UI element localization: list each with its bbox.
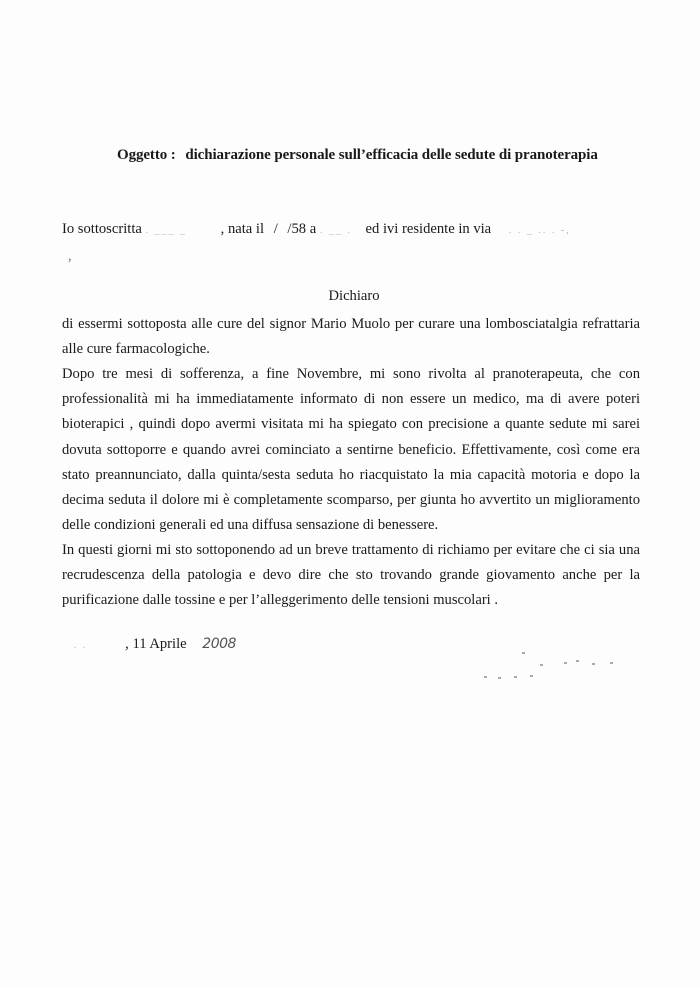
identity-part1: Io sottoscritta [62, 221, 142, 237]
paragraph-3-text: In questi giorni mi sto sottoponendo ad … [62, 538, 640, 614]
redacted-address: . . _ .. . -, [509, 225, 571, 236]
redacted-city: . . [74, 640, 88, 651]
subject-text: dichiarazione personale sull’efficacia d… [185, 147, 597, 163]
paragraph-1-text: di essermi sottoposta alle cure del sign… [62, 312, 640, 362]
paragraph-3: In questi giorni mi sto sottoponendo ad … [62, 538, 640, 614]
identity-part3: ed ivi residente in via [366, 221, 492, 237]
identity-line: Io sottoscritta . ___ _ , nata il / /58 … [62, 221, 571, 238]
date-line: . . , 11 Aprile 2008 [74, 636, 236, 653]
declaration-heading: Dichiaro [0, 288, 700, 305]
paragraph-2: Dopo tre mesi di sofferenza, a fine Nove… [62, 362, 640, 538]
date-separator-1: / [274, 221, 278, 237]
date-separator-2: /58 a [287, 221, 316, 237]
subject-label: Oggetto : [117, 147, 176, 163]
date-text: , 11 Aprile [125, 636, 186, 652]
identity-part2: , nata il [221, 221, 264, 237]
redacted-name: . ___ _ [146, 225, 188, 236]
redacted-signature [480, 650, 620, 690]
redacted-place: . __ . [320, 225, 352, 236]
paragraph-2-text: Dopo tre mesi di sofferenza, a fine Nove… [62, 362, 640, 538]
subject-line: Oggetto : dichiarazione personale sull’e… [117, 147, 598, 164]
handwritten-year: 2008 [202, 636, 236, 652]
identity-continuation: , [68, 248, 72, 265]
scanned-document-page: Oggetto : dichiarazione personale sull’e… [0, 0, 700, 989]
paragraph-1: di essermi sottoposta alle cure del sign… [62, 312, 640, 362]
heading-text: Dichiaro [328, 288, 379, 304]
